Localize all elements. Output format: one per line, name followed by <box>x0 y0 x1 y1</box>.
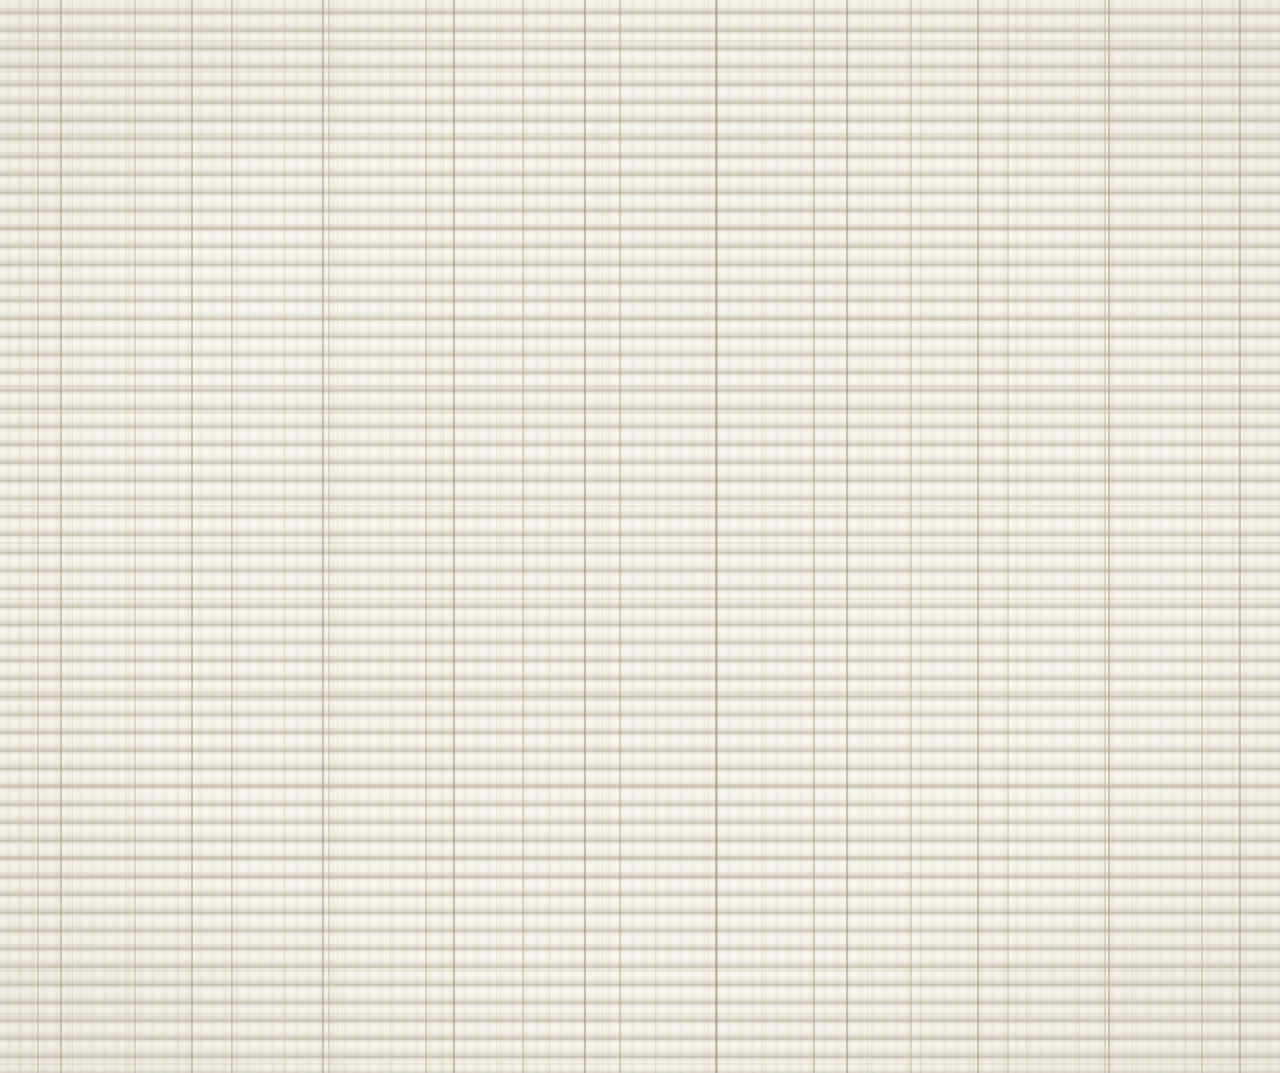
fabric-texture-image <box>0 0 1280 1073</box>
fabric-vignette <box>0 0 1280 1073</box>
